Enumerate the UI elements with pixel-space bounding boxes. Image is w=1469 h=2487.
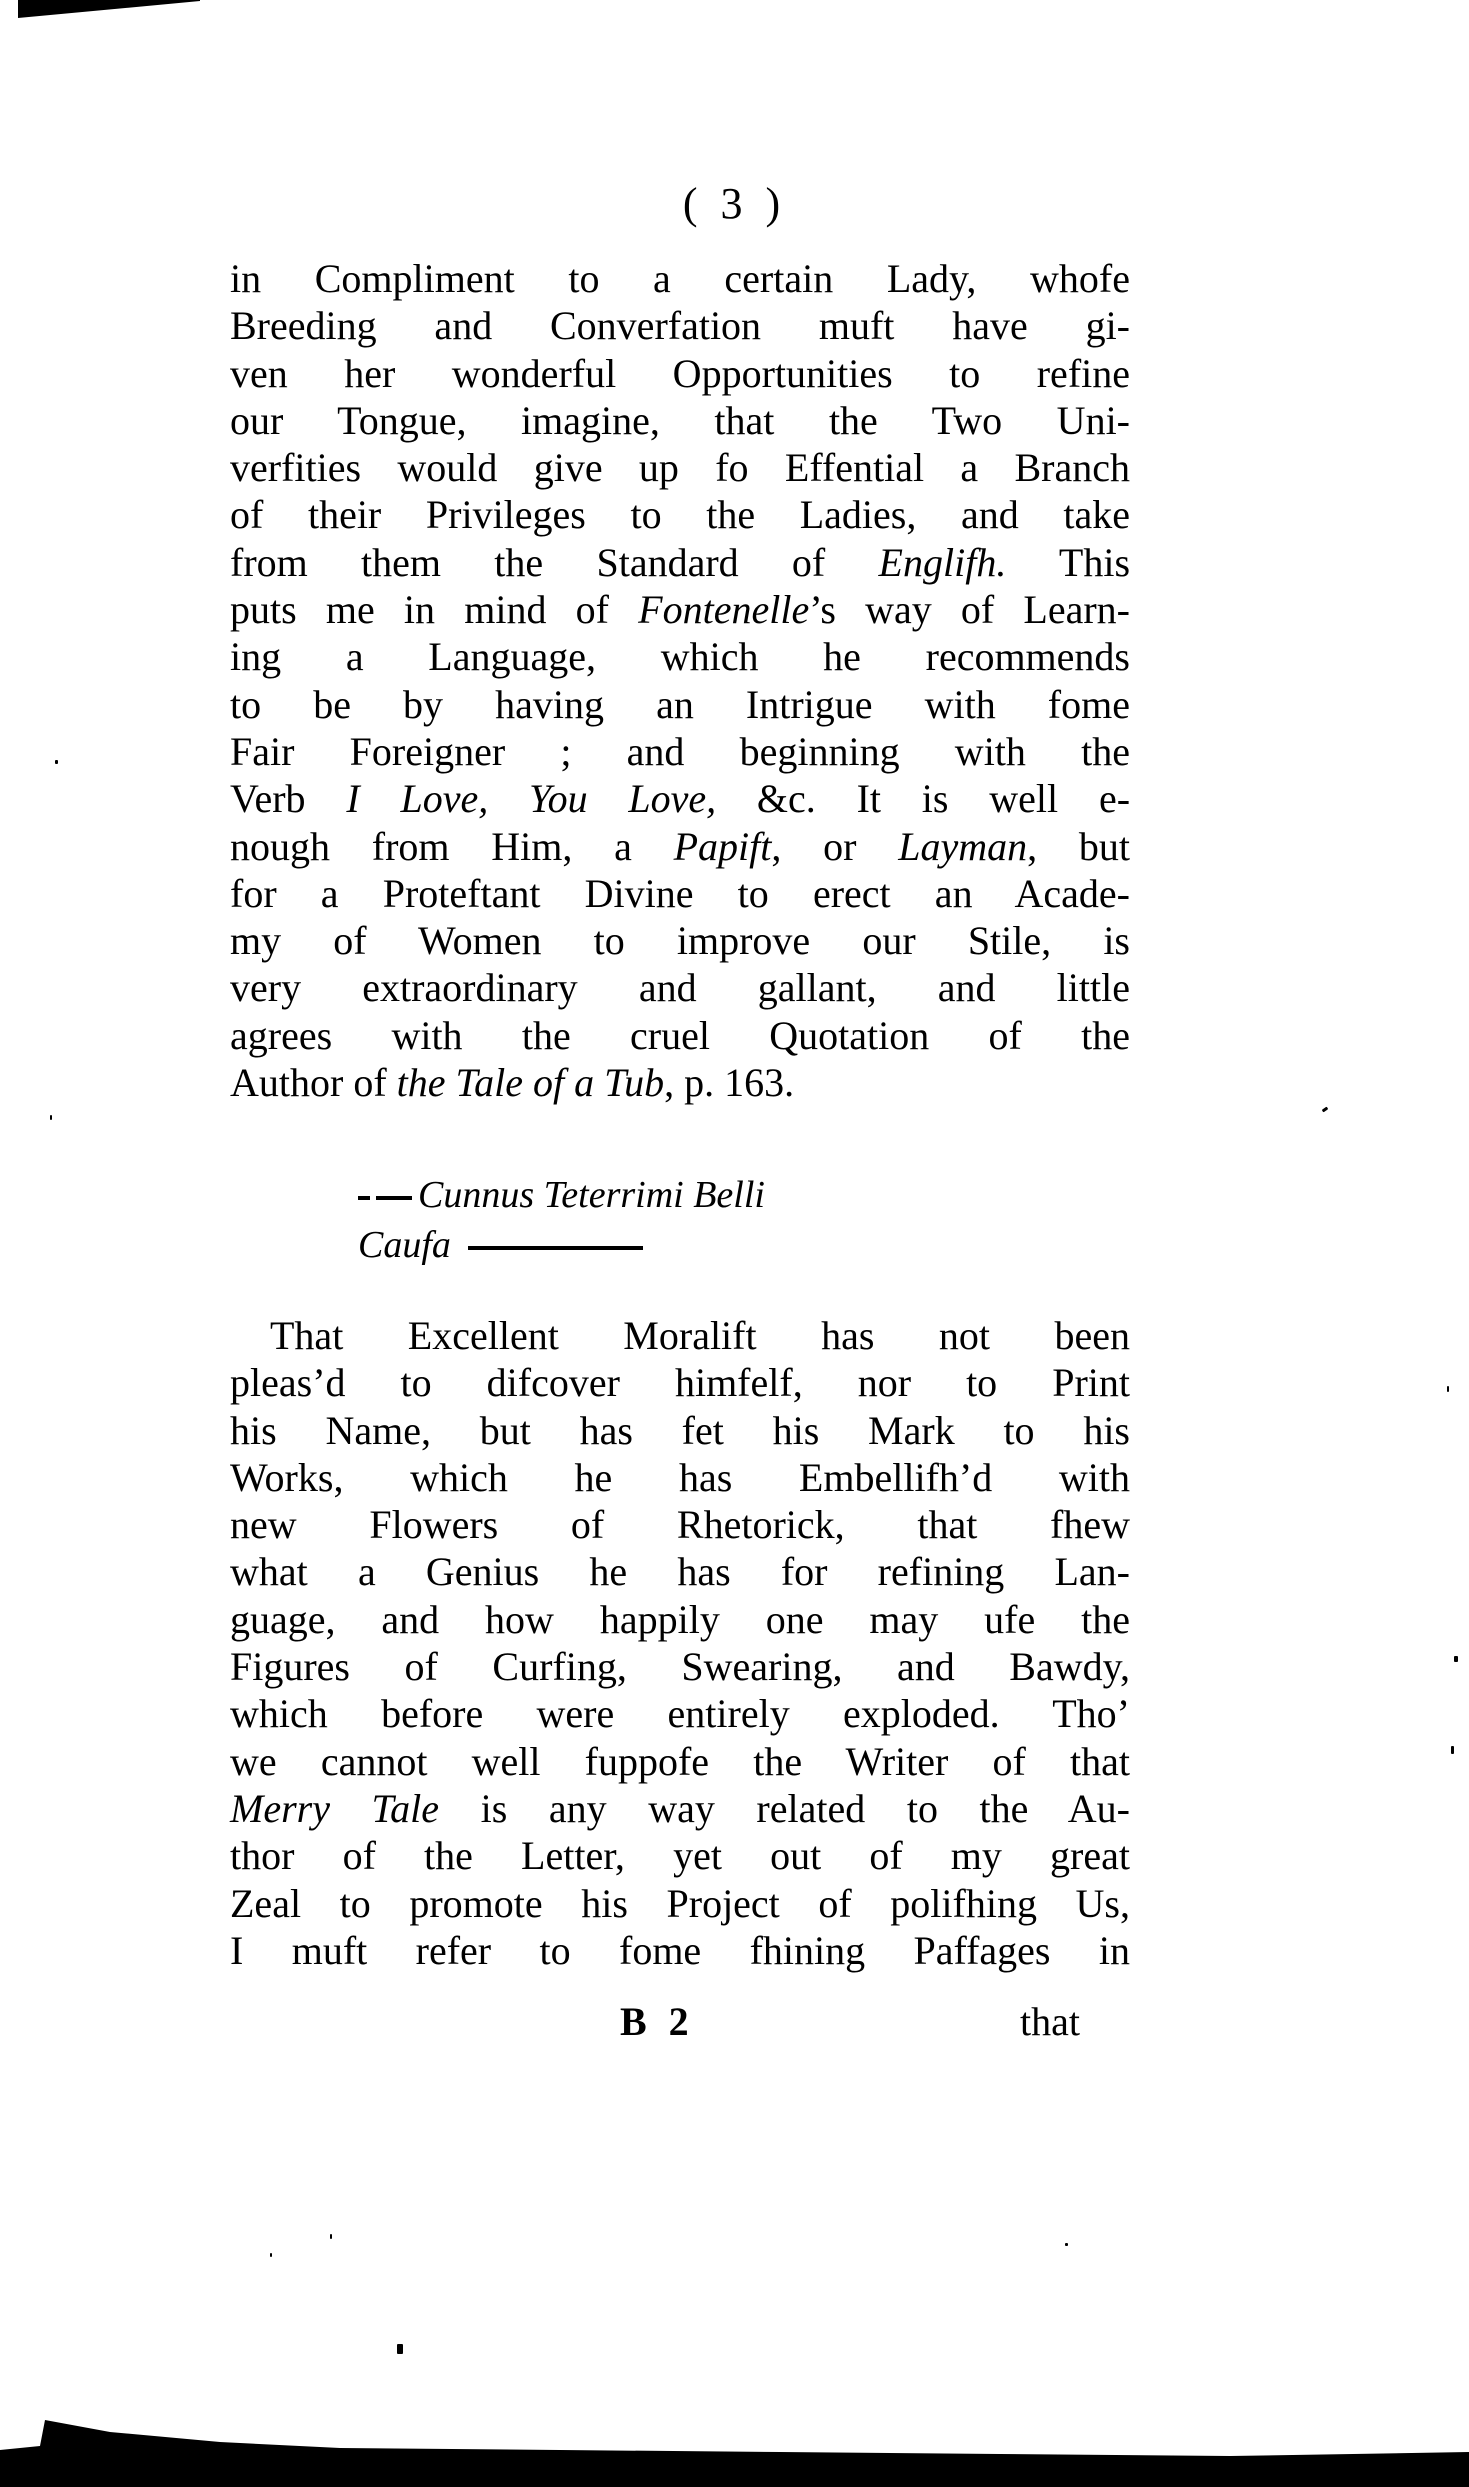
text-line: Fair Foreigner ; and beginning with the	[230, 728, 1130, 775]
text-line: Merry Tale is any way related to the Au-	[230, 1785, 1130, 1832]
text-line: Figures of Curfing, Swearing, and Bawdy,	[230, 1643, 1130, 1690]
text-line: from them the Standard of Englifh. This	[230, 539, 1130, 586]
text-line: of their Privileges to the Ladies, and t…	[230, 491, 1130, 538]
text-line: ing a Language, which he recommends	[230, 633, 1130, 680]
text-line: thor of the Letter, yet out of my great	[230, 1832, 1130, 1879]
text-line: we cannot well fuppofe the Writer of tha…	[230, 1738, 1130, 1785]
text-line: verfities would give up fo Effential a B…	[230, 444, 1130, 491]
scan-speck	[55, 760, 58, 764]
text-line: Author of the Tale of a Tub, p. 163.	[230, 1059, 1130, 1106]
text-line: Zeal to promote his Project of polifhing…	[230, 1880, 1130, 1927]
signature-mark: B 2	[620, 1998, 695, 2046]
scan-speck	[330, 2234, 332, 2239]
text-line: in Compliment to a certain Lady, whofe	[230, 255, 1130, 302]
catchword: that	[1020, 1998, 1080, 2046]
text-line: puts me in mind of Fontenelle’s way of L…	[230, 586, 1130, 633]
text-line: our Tongue, imagine, that the Two Uni-	[230, 397, 1130, 444]
text-line: what a Genius he has for refining Lan-	[230, 1548, 1130, 1595]
text-line: my of Women to improve our Stile, is	[230, 917, 1130, 964]
text-line: to be by having an Intrigue with fome	[230, 681, 1130, 728]
scan-speck	[270, 2253, 272, 2257]
dash-rule	[468, 1246, 643, 1250]
document-page: ( 3 ) in Compliment to a certain Lady, w…	[0, 0, 1469, 2487]
page-number: ( 3 )	[0, 178, 1469, 229]
text-line: which before were entirely exploded. Tho…	[230, 1690, 1130, 1737]
text-line: very extraordinary and gallant, and litt…	[230, 964, 1130, 1011]
dash-rule	[358, 1196, 370, 1200]
page-footer: B 2 that	[230, 1998, 1080, 2046]
quotation-line-1: Cunnus Teterrimi Belli	[358, 1170, 1058, 1220]
text-line: Breeding and Converfation muft have gi-	[230, 302, 1130, 349]
paragraph-1: in Compliment to a certain Lady, whofeBr…	[230, 255, 1130, 1106]
text-line: That Excellent Moralift has not been	[230, 1312, 1130, 1359]
paragraph-2: That Excellent Moralift has not beenplea…	[230, 1312, 1130, 1974]
latin-quotation: Cunnus Teterrimi Belli Caufa	[358, 1170, 1058, 1270]
text-line: I muft refer to fome fhining Paffages in	[230, 1927, 1130, 1974]
text-line: for a Proteftant Divine to erect an Acad…	[230, 870, 1130, 917]
text-line: agrees with the cruel Quotation of the	[230, 1012, 1130, 1059]
dash-rule	[376, 1196, 412, 1200]
scan-speck	[397, 2344, 403, 2354]
text-line: pleas’d to difcover himfelf, nor to Prin…	[230, 1359, 1130, 1406]
scan-speck	[50, 1115, 52, 1120]
scan-edge-shadow-bottom	[0, 2420, 1469, 2487]
text-line: Works, which he has Embellifh’d with	[230, 1454, 1130, 1501]
text-line: his Name, but has fet his Mark to his	[230, 1407, 1130, 1454]
quotation-line-2: Caufa	[358, 1220, 1058, 1270]
scan-speck	[1451, 1746, 1454, 1754]
scan-speck	[1447, 1386, 1449, 1392]
scan-speck	[1065, 2243, 1068, 2246]
scan-speck	[1322, 1107, 1329, 1113]
text-line: new Flowers of Rhetorick, that fhew	[230, 1501, 1130, 1548]
text-line: ven her wonderful Opportunities to refin…	[230, 350, 1130, 397]
scan-speck	[1454, 1656, 1458, 1662]
scan-edge-shadow-top	[0, 0, 200, 18]
text-line: guage, and how happily one may ufe the	[230, 1596, 1130, 1643]
text-line: nough from Him, a Papift, or Layman, but	[230, 823, 1130, 870]
text-line: Verb I Love, You Love, &c. It is well e-	[230, 775, 1130, 822]
